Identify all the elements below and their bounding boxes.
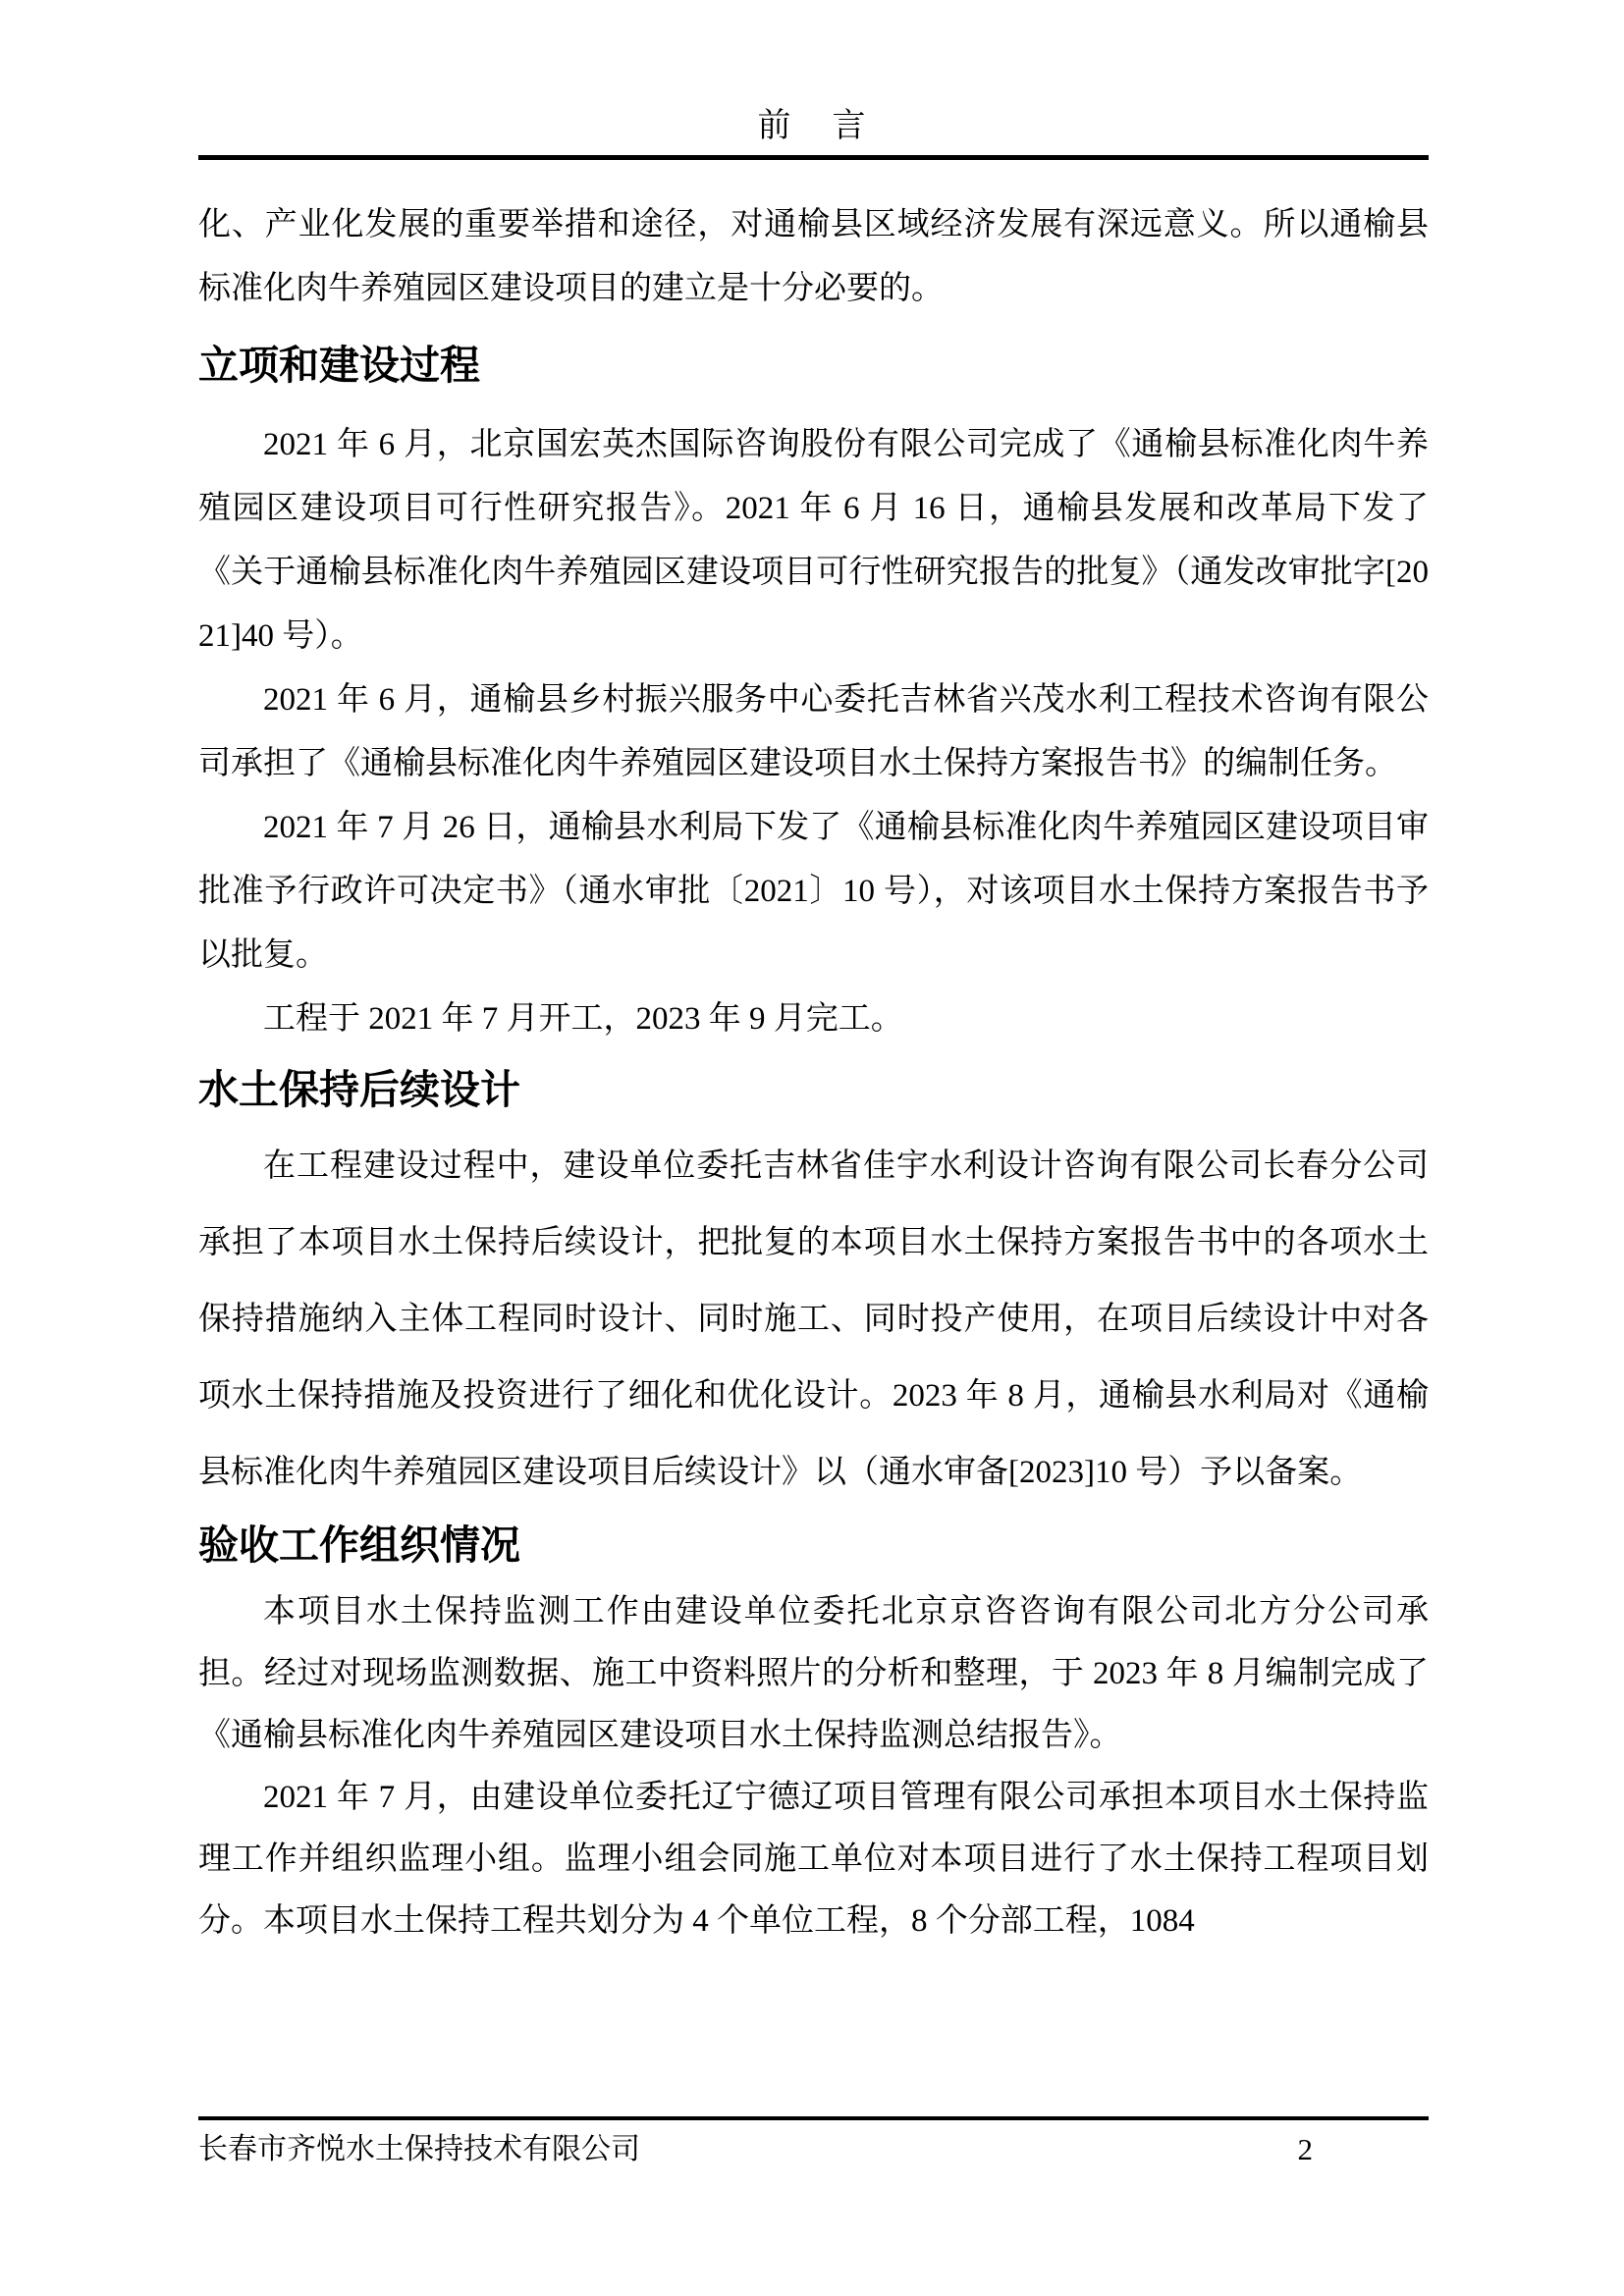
paragraph: 2021 年 7 月，由建设单位委托辽宁德辽项目管理有限公司承担本项目水土保持监…: [198, 1767, 1429, 1952]
page-footer: 长春市齐悦水土保持技术有限公司 2: [198, 2128, 1429, 2171]
section-heading: 验收工作组织情况: [198, 1515, 1429, 1575]
page-number: 2: [1298, 2128, 1314, 2171]
paragraph: 2021 年 6 月，通榆县乡村振兴服务中心委托吉林省兴茂水利工程技术咨询有限公…: [198, 668, 1429, 796]
paragraph: 2021 年 6 月，北京国宏英杰国际咨询股份有限公司完成了《通榆县标准化肉牛养…: [198, 413, 1429, 668]
paragraph: 2021 年 7 月 26 日，通榆县水利局下发了《通榆县标准化肉牛养殖园区建设…: [198, 796, 1429, 988]
page-header-title: 前 言: [198, 104, 1429, 149]
document-body: 化、产业化发展的重要举措和途径，对通榆县区域经济发展有深远意义。所以通榆县标准化…: [198, 193, 1429, 1952]
section-heading: 立项和建设过程: [198, 335, 1429, 396]
section-project-approval: 立项和建设过程 2021 年 6 月，北京国宏英杰国际咨询股份有限公司完成了《通…: [198, 335, 1429, 1051]
section-heading: 水土保持后续设计: [198, 1059, 1429, 1120]
intro-paragraph: 化、产业化发展的重要举措和途径，对通榆县区域经济发展有深远意义。所以通榆县标准化…: [198, 193, 1429, 321]
footer-company-name: 长春市齐悦水土保持技术有限公司: [198, 2128, 640, 2171]
footer-rule: [198, 2116, 1429, 2120]
document-page: 前 言 化、产业化发展的重要举措和途径，对通榆县区域经济发展有深远意义。所以通榆…: [0, 0, 1624, 2296]
paragraph: 在工程建设过程中，建设单位委托吉林省佳宇水利设计咨询有限公司长春分公司承担了本项…: [198, 1128, 1429, 1511]
header-rule: [198, 155, 1429, 160]
paragraph: 本项目水土保持监测工作由建设单位委托北京京咨咨询有限公司北方分公司承担。经过对现…: [198, 1581, 1429, 1767]
section-acceptance-organization: 验收工作组织情况 本项目水土保持监测工作由建设单位委托北京京咨咨询有限公司北方分…: [198, 1515, 1429, 1952]
paragraph: 工程于 2021 年 7 月开工，2023 年 9 月完工。: [198, 988, 1429, 1051]
section-followup-design: 水土保持后续设计 在工程建设过程中，建设单位委托吉林省佳宇水利设计咨询有限公司长…: [198, 1059, 1429, 1511]
